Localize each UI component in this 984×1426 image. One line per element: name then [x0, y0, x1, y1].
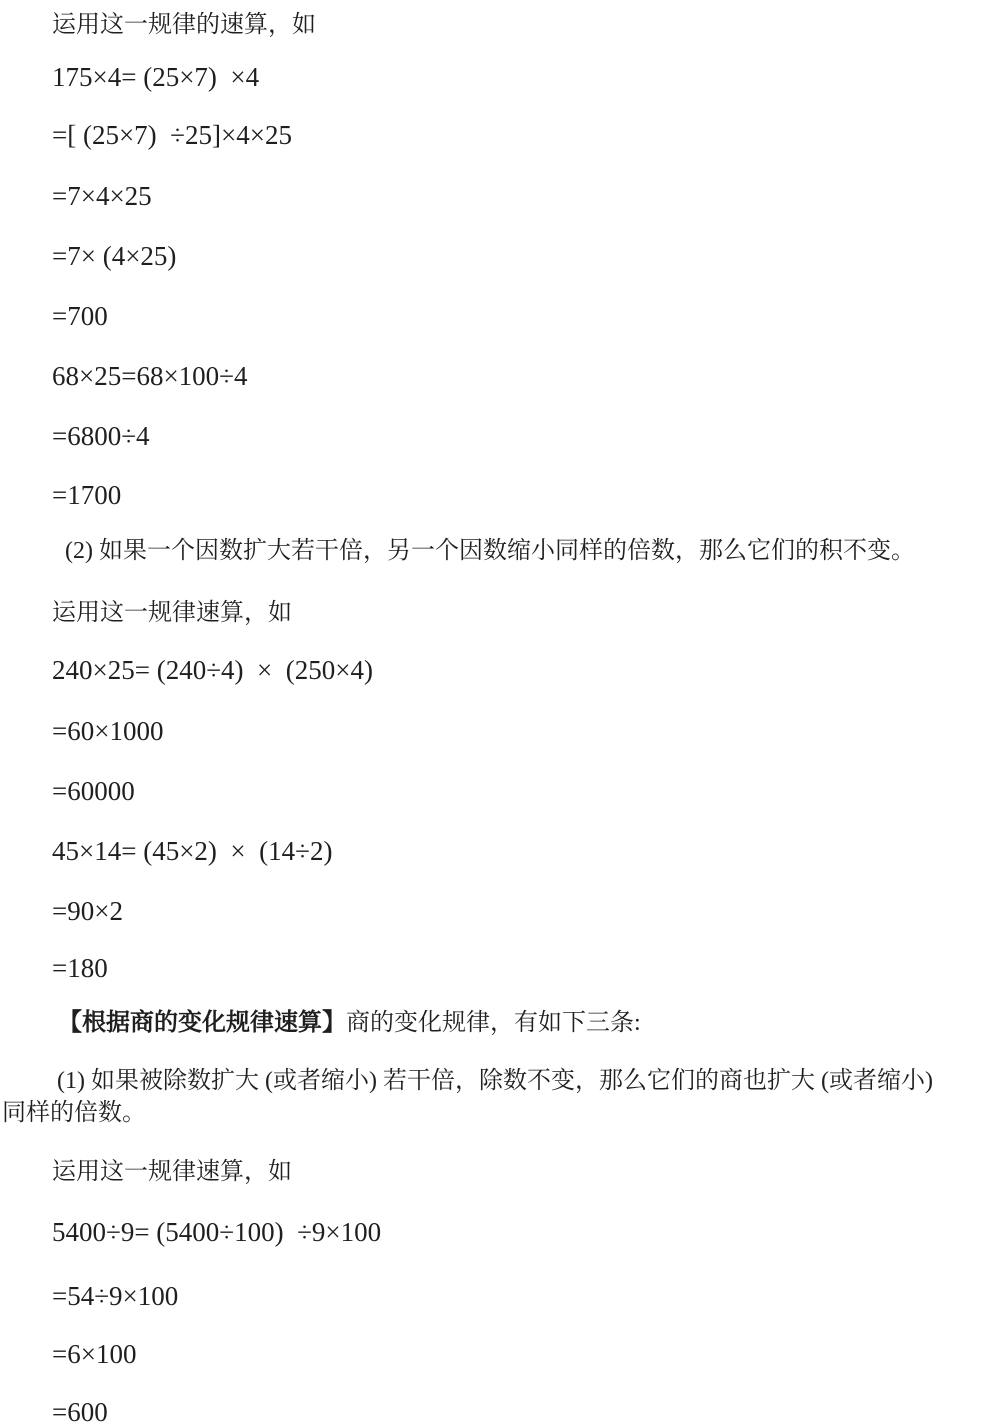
document-page: 运用这一规律的速算，如 175×4= (25×7) ×4 =[ (25×7) ÷… [0, 0, 984, 1426]
formula-line: 5400÷9= (5400÷100) ÷9×100 [0, 1215, 984, 1249]
section-heading-title: 【根据商的变化规律速算】 [58, 1010, 346, 1036]
rule-1-paragraph-line1: (1) 如果被除数扩大 (或者缩小) 若干倍，除数不变，那么它们的商也扩大 (或… [0, 1064, 984, 1098]
formula-line: =60×1000 [0, 714, 984, 748]
section-heading: 【根据商的变化规律速算】商的变化规律，有如下三条: [0, 1006, 984, 1040]
formula-line: =90×2 [0, 894, 984, 928]
formula-line: =[ (25×7) ÷25]×4×25 [0, 118, 984, 152]
formula-line: =180 [0, 951, 984, 985]
section-heading-subtitle: 商的变化规律，有如下三条: [346, 1010, 641, 1036]
formula-line: =600 [0, 1395, 984, 1426]
formula-line: 68×25=68×100÷4 [0, 359, 984, 393]
formula-line: 45×14= (45×2) × (14÷2) [0, 834, 984, 868]
formula-line: =700 [0, 299, 984, 333]
formula-line: 240×25= (240÷4) × (250×4) [0, 653, 984, 687]
apply-rule-intro-text: 运用这一规律速算，如 [0, 1155, 984, 1189]
rule-2-paragraph: (2) 如果一个因数扩大若干倍，另一个因数缩小同样的倍数，那么它们的积不变。 [0, 534, 984, 568]
formula-line: =54÷9×100 [0, 1279, 984, 1313]
formula-line: 175×4= (25×7) ×4 [0, 60, 984, 94]
formula-line: =7× (4×25) [0, 239, 984, 273]
formula-line: =1700 [0, 478, 984, 512]
formula-line: =6800÷4 [0, 419, 984, 453]
rule-1-paragraph-line2: 同样的倍数。 [0, 1096, 984, 1130]
formula-line: =7×4×25 [0, 179, 984, 213]
formula-line: =60000 [0, 774, 984, 808]
apply-rule-intro-text: 运用这一规律的速算，如 [0, 8, 984, 42]
formula-line: =6×100 [0, 1337, 984, 1371]
apply-rule-intro-text: 运用这一规律速算，如 [0, 596, 984, 630]
